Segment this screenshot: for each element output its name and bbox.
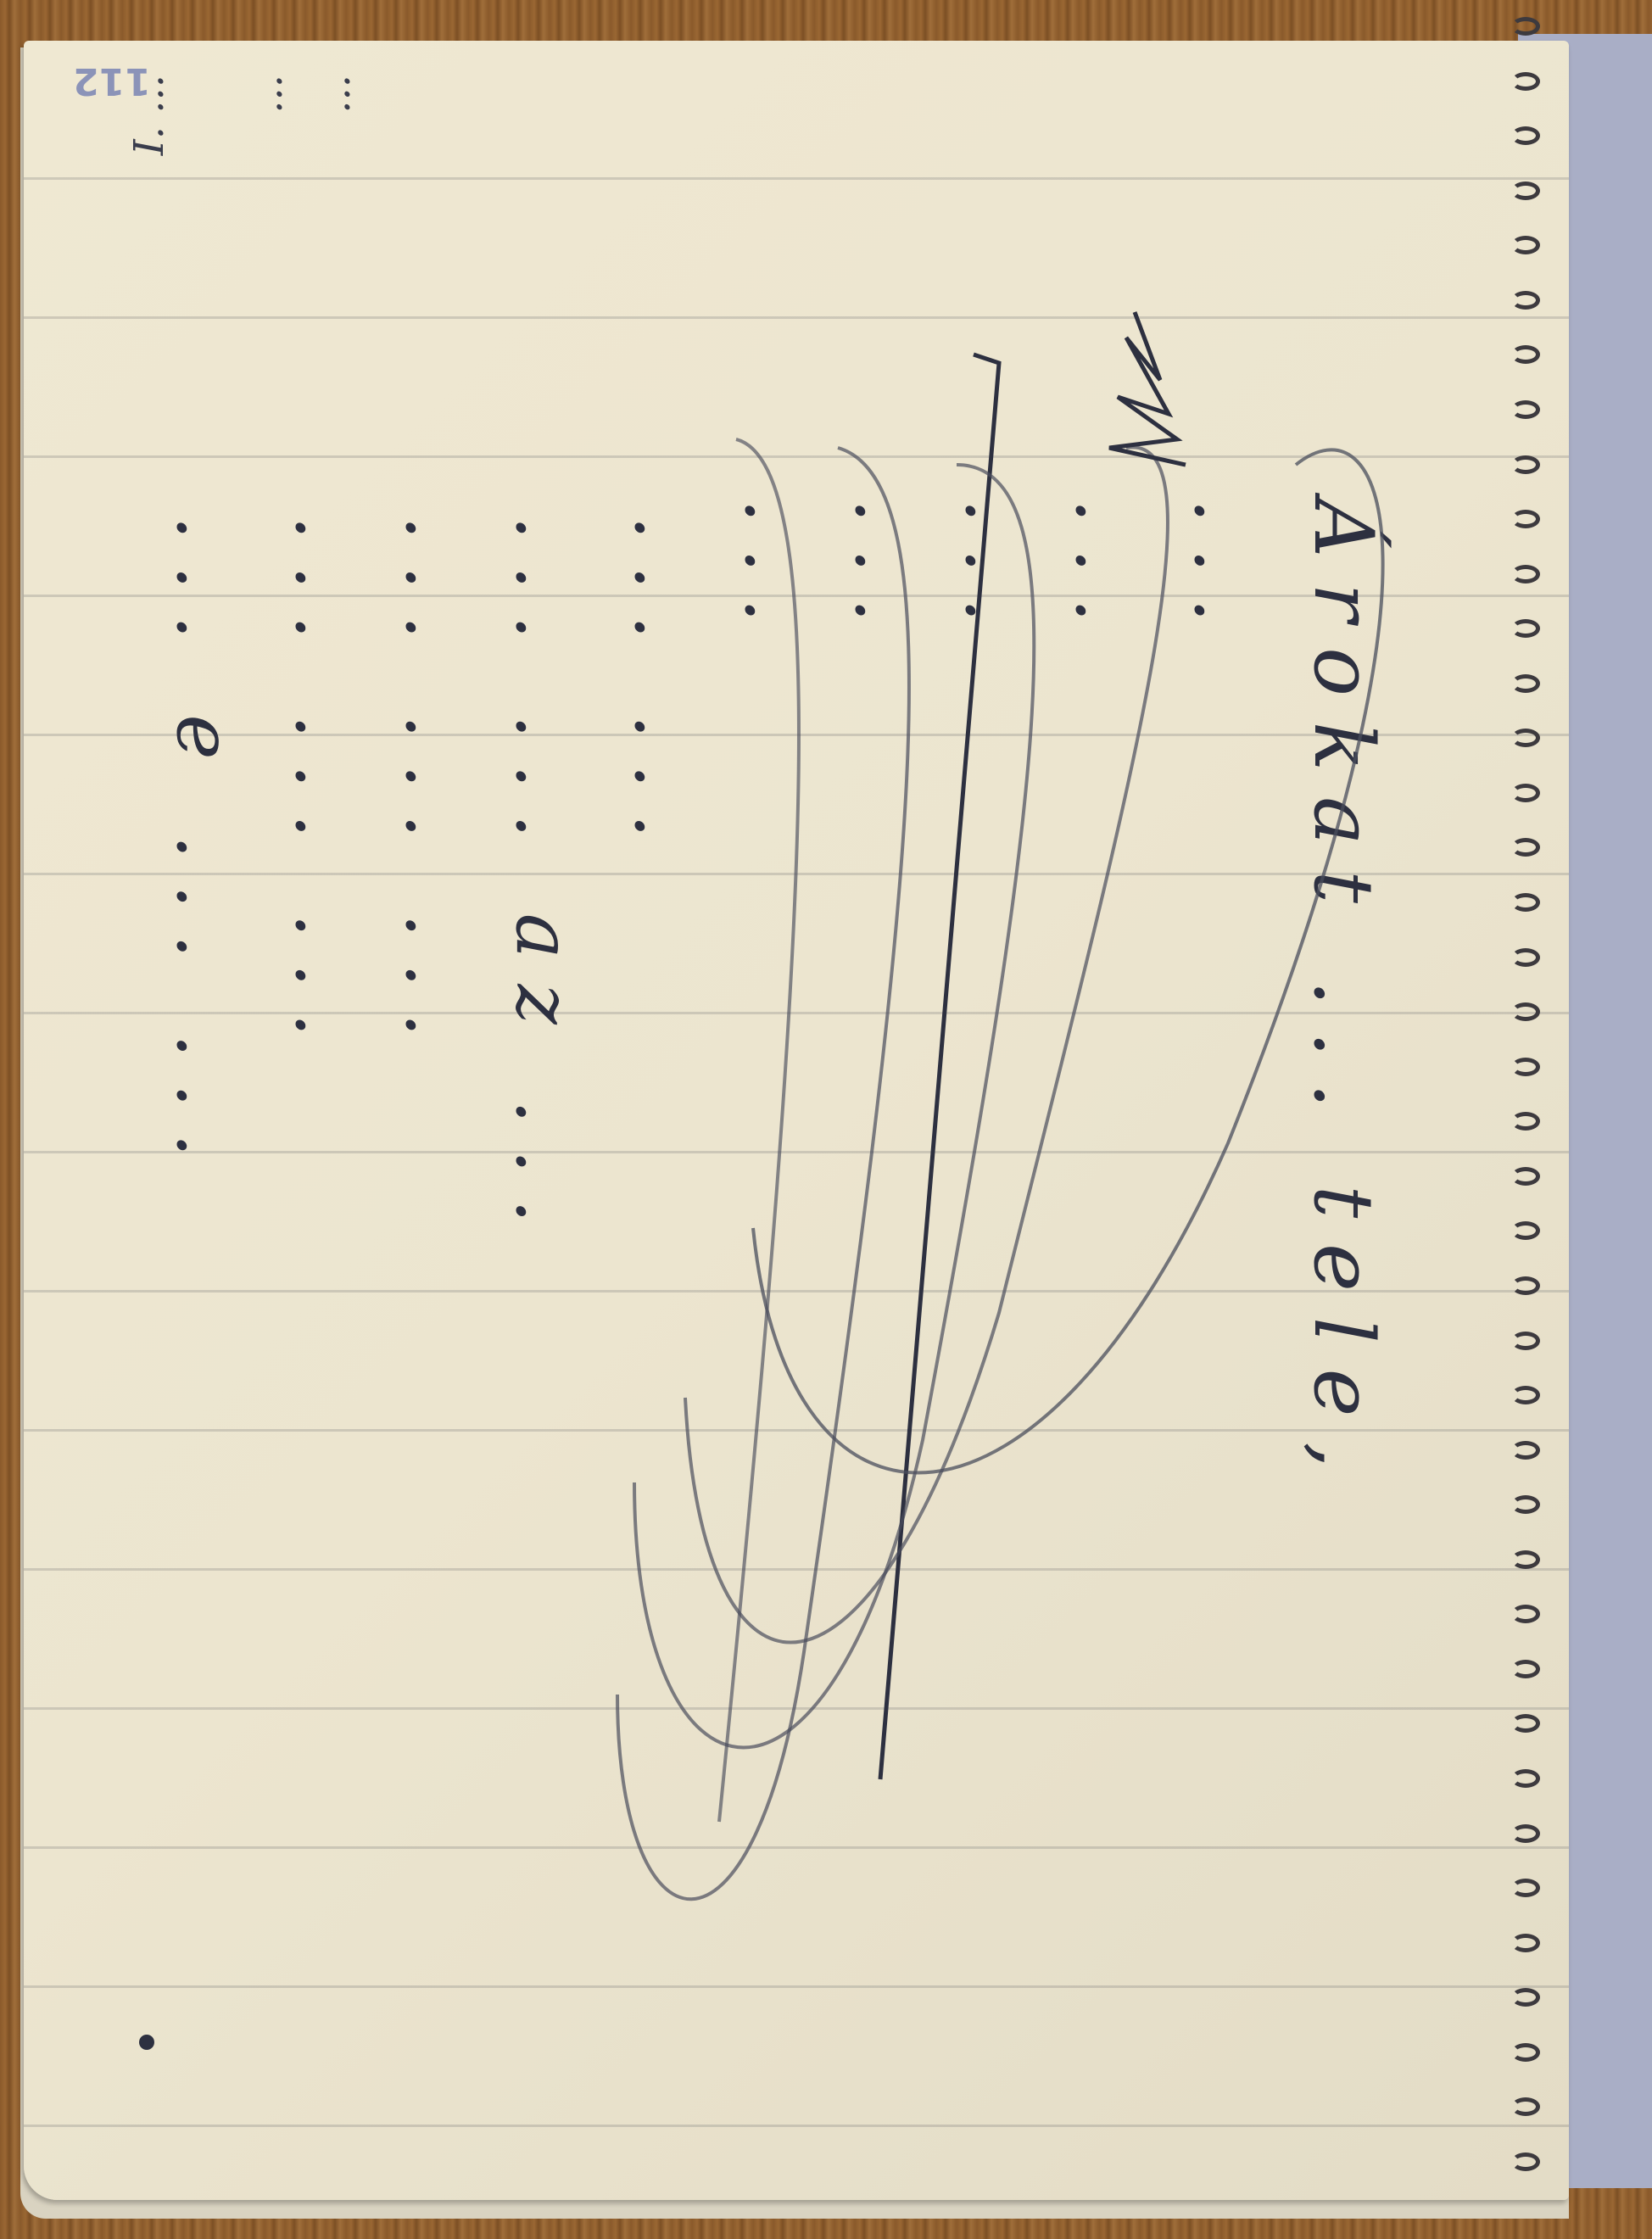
spiral-coil [1511, 1112, 1540, 1131]
spiral-coil [1511, 1660, 1540, 1678]
strikethrough-strokes [24, 41, 1569, 2200]
notebook-page: 112 I. ... ... ... Árokat ... tele, ... … [24, 41, 1569, 2200]
spiral-coil [1511, 17, 1540, 36]
spiral-coil [1511, 2152, 1540, 2171]
spiral-coil [1511, 1058, 1540, 1076]
spiral-coil [1511, 784, 1540, 802]
spiral-coil [1511, 236, 1540, 254]
spiral-coil [1511, 72, 1540, 91]
spiral-coil [1511, 291, 1540, 310]
spiral-coil [1511, 619, 1540, 638]
spiral-coil [1511, 181, 1540, 200]
spiral-binding [1511, 17, 1545, 2171]
spiral-coil [1511, 400, 1540, 419]
spiral-coil [1511, 1386, 1540, 1404]
spiral-coil [1511, 1988, 1540, 2007]
spiral-coil [1511, 1221, 1540, 1240]
spiral-coil [1511, 893, 1540, 912]
spiral-coil [1511, 2043, 1540, 2062]
spiral-coil [1511, 126, 1540, 145]
spiral-coil [1511, 1276, 1540, 1295]
spiral-coil [1511, 565, 1540, 583]
spiral-coil [1511, 1934, 1540, 1952]
spiral-coil [1511, 838, 1540, 857]
spiral-coil [1511, 1495, 1540, 1514]
spiral-coil [1511, 510, 1540, 528]
spiral-coil [1511, 948, 1540, 967]
spiral-coil [1511, 1441, 1540, 1460]
spiral-coil [1511, 2097, 1540, 2116]
spiral-coil [1511, 1879, 1540, 1897]
handwriting-area: I. ... ... ... Árokat ... tele, ... ... … [24, 41, 1569, 2200]
spiral-coil [1511, 1550, 1540, 1569]
spiral-coil [1511, 1332, 1540, 1350]
spiral-coil [1511, 1167, 1540, 1186]
spiral-coil [1511, 1714, 1540, 1733]
spiral-coil [1511, 1769, 1540, 1788]
spiral-coil [1511, 1824, 1540, 1843]
spiral-coil [1511, 1605, 1540, 1623]
spiral-coil [1511, 1002, 1540, 1021]
spiral-coil [1511, 729, 1540, 747]
spiral-coil [1511, 674, 1540, 693]
spiral-coil [1511, 455, 1540, 474]
spiral-coil [1511, 345, 1540, 364]
